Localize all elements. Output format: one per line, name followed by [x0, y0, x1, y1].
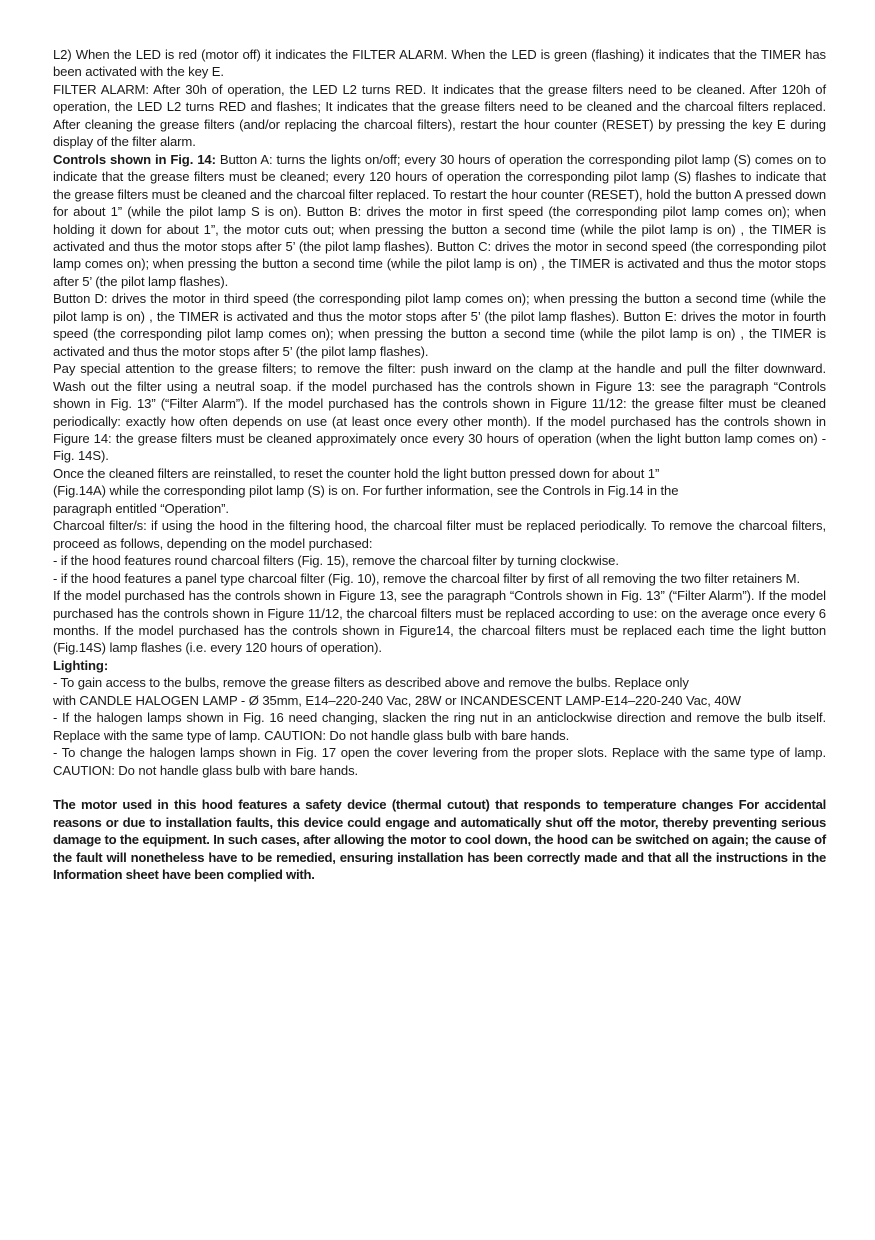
filter-alarm-paragraph: FILTER ALARM: After 30h of operation, th… [53, 81, 826, 151]
buttons-d-e-paragraph: Button D: drives the motor in third spee… [53, 290, 826, 360]
bulb-access-line-1: - To gain access to the bulbs, remove th… [53, 674, 826, 691]
grease-filters-paragraph: Pay special attention to the grease filt… [53, 360, 826, 465]
controls-fig14-text: Button A: turns the lights on/off; every… [53, 152, 826, 289]
panel-charcoal-item: - if the hood features a panel type char… [53, 570, 826, 587]
halogen-fig16-item: - If the halogen lamps shown in Fig. 16 … [53, 709, 826, 744]
controls-fig14-heading: Controls shown in Fig. 14: [53, 152, 216, 167]
reset-counter-line-3: paragraph entitled “Operation”. [53, 500, 826, 517]
controls-fig14-paragraph: Controls shown in Fig. 14: Button A: tur… [53, 151, 826, 291]
spacer [53, 779, 826, 796]
reset-counter-line-2: (Fig.14A) while the corresponding pilot … [53, 482, 826, 499]
charcoal-replacement-paragraph: If the model purchased has the controls … [53, 587, 826, 657]
charcoal-filter-paragraph: Charcoal filter/s: if using the hood in … [53, 517, 826, 552]
halogen-fig17-item: - To change the halogen lamps shown in F… [53, 744, 826, 779]
bulb-access-line-2: with CANDLE HALOGEN LAMP - Ø 35mm, E14–2… [53, 692, 826, 709]
lighting-heading: Lighting: [53, 657, 826, 674]
led-paragraph: L2) When the LED is red (motor off) it i… [53, 46, 826, 81]
document-page: L2) When the LED is red (motor off) it i… [53, 46, 826, 884]
round-charcoal-item: - if the hood features round charcoal fi… [53, 552, 826, 569]
thermal-cutout-warning: The motor used in this hood features a s… [53, 796, 826, 883]
reset-counter-line-1: Once the cleaned filters are reinstalled… [53, 465, 826, 482]
